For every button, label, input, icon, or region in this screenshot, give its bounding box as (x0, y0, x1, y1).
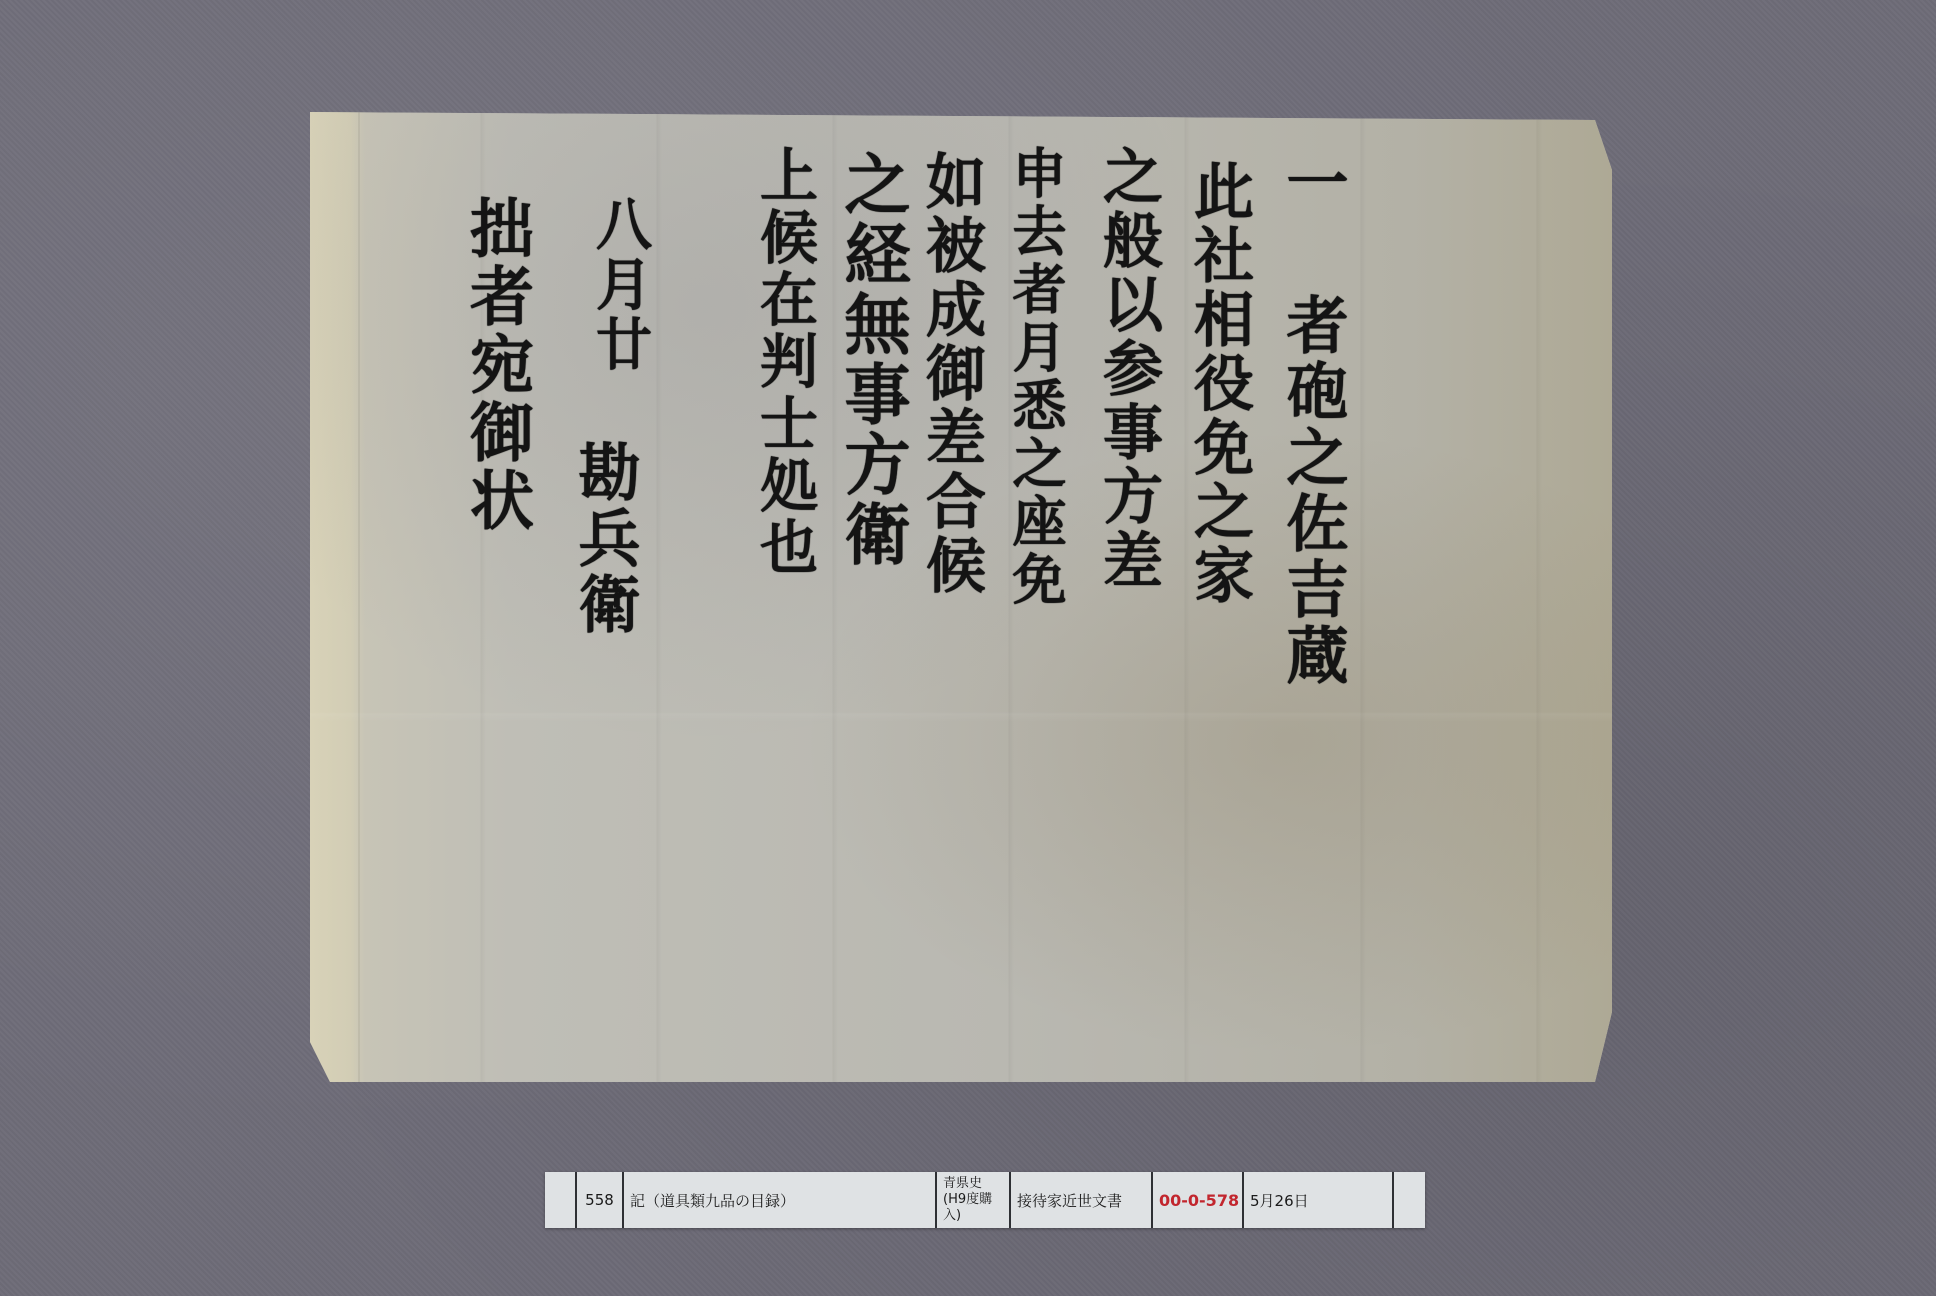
calligraphy-column-7: 上候在判士処也 (742, 145, 826, 579)
label-blank-right (1392, 1172, 1425, 1228)
label-title: 記（道具類九品の目録） (622, 1172, 935, 1228)
historical-document-paper: 一 者砲之佐吉蔵 此社相役免之家 之般以参事方差 申去者月悉之座免 如被成御差合… (310, 112, 1612, 1082)
label-collection: 接待家近世文書 (1009, 1172, 1151, 1228)
calligraphy-column-3: 之般以参事方差 (1085, 145, 1171, 593)
signature-name: 勘兵衛 (560, 440, 649, 638)
label-catalog-id: 00-0-578 (1151, 1172, 1242, 1228)
calligraphy-column-1: 一 者砲之佐吉蔵 (1268, 150, 1357, 689)
calligraphy-column-2: 此社相役免之家 (1176, 160, 1262, 608)
calligraphy-column-4: 申去者月悉之座免 (998, 145, 1075, 609)
calligraphy-column-5: 如被成御差合候 (908, 150, 994, 598)
label-date: 5月26日 (1242, 1172, 1392, 1228)
addressee-line: 拙者宛御状 (450, 195, 542, 535)
calligraphy-column-6: 之経無事方衛 (825, 150, 920, 570)
date-line: 八月廿 (580, 195, 660, 375)
label-blank-left (545, 1172, 575, 1228)
label-number: 558 (575, 1172, 622, 1228)
label-source: 青県史(H9度購入) (935, 1172, 1009, 1228)
catalogue-label: 558 記（道具類九品の目録） 青県史(H9度購入) 接待家近世文書 00-0-… (545, 1172, 1425, 1228)
